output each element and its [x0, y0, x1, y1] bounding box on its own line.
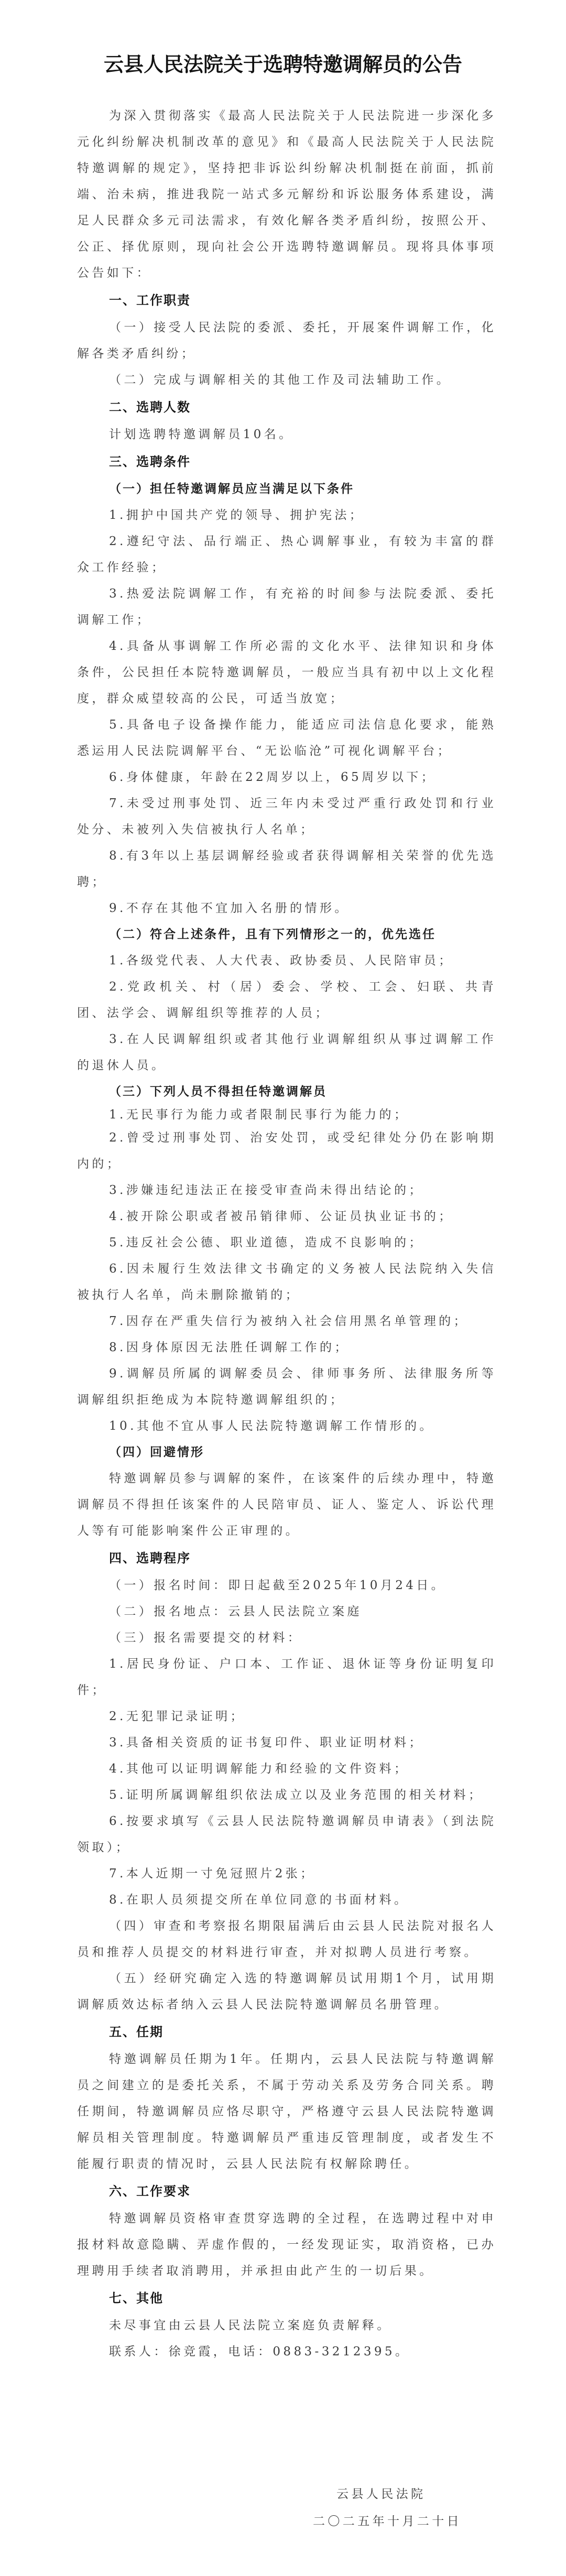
section-heading-quota: 二、选聘人数	[77, 393, 496, 421]
priority-item: 1.各级党代表、人大代表、政协委员、人民陪审员；	[77, 948, 496, 974]
quota-text: 计划选聘特邀调解员10名。	[77, 421, 496, 448]
contact-text: 联系人：徐竞霞，电话：0883-3212395。	[77, 2339, 496, 2365]
requirement-item: 9.不存在其他不宜加入名册的情形。	[77, 895, 496, 921]
procedure-item: （四）审查和考察报名期限届满后由云县人民法院对报名人员和推荐人员提交的材料进行审…	[77, 1913, 496, 1965]
requirement-item: 8.有3年以上基层调解经验或者获得调解相关荣誉的优先选聘；	[77, 843, 496, 895]
material-item: 1.居民身份证、户口本、工作证、退休证等身份证明复印件；	[77, 1651, 496, 1703]
disqualification-item: 9.调解员所属的调解委员会、律师事务所、法律服务所等调解组织拒绝成为本院特邀调解…	[77, 1361, 496, 1413]
disqualification-item: 6.因未履行生效法律文书确定的义务被人民法院纳入失信被执行人名单，尚未删除撤销的…	[77, 1256, 496, 1308]
disqualification-item: 10.其他不宜从事人民法院特邀调解工作情形的。	[77, 1413, 496, 1439]
subsection-heading-recusal: （四）回避情形	[77, 1439, 496, 1465]
other-text: 未尽事宜由云县人民法院立案庭负责解释。	[77, 2312, 496, 2339]
subsection-heading-priority: （二）符合上述条件，且有下列情形之一的，优先选任	[77, 921, 496, 948]
term-text: 特邀调解员任期为1年。任期内，云县人民法院与特邀调解员之间建立的是委托关系，不属…	[77, 2046, 496, 2177]
duties-item-1: （一）接受人民法院的委派、委托，开展案件调解工作，化解各类矛盾纠纷；	[77, 314, 496, 367]
section-heading-conditions: 三、选聘条件	[77, 448, 496, 476]
material-item: 6.按要求填写《云县人民法院特邀调解员申请表》（到法院领取）；	[77, 1808, 496, 1861]
disqualification-item: 4.被开除公职或者被吊销律师、公证员执业证书的；	[77, 1203, 496, 1230]
section-heading-work-requirements: 六、工作要求	[77, 2177, 496, 2205]
disqualification-item: 8.因身体原因无法胜任调解工作的；	[77, 1334, 496, 1361]
requirement-item: 5.具备电子设备操作能力，能适应司法信息化要求，能熟悉运用人民法院调解平台、“无…	[77, 712, 496, 764]
document-body: 为深入贯彻落实《最高人民法院关于人民法院进一步深化多元化纠纷解决机制改革的意见》…	[77, 103, 496, 2365]
priority-item: 2.党政机关、村（居）委会、学校、工会、妇联、共青团、法学会、调解组织等推荐的人…	[77, 974, 496, 1026]
signature-organization: 云县人民法院	[336, 2481, 426, 2508]
procedure-item: （三）报名需要提交的材料：	[77, 1625, 496, 1651]
requirement-item: 6.身体健康，年龄在22周岁以上，65周岁以下；	[77, 764, 496, 790]
disqualification-item: 1.无民事行为能力或者限制民事行为能力的；	[77, 1105, 496, 1125]
disqualification-item: 7.因存在严重失信行为被纳入社会信用黑名单管理的；	[77, 1308, 496, 1334]
disqualification-item: 3.涉嫌违纪违法正在接受审查尚未得出结论的；	[77, 1177, 496, 1203]
procedure-item: （一）报名时间：即日起截至2025年10月24日。	[77, 1572, 496, 1599]
subsection-heading-requirements: （一）担任特邀调解员应当满足以下条件	[77, 476, 496, 502]
material-item: 7.本人近期一寸免冠照片2张；	[77, 1861, 496, 1887]
material-item: 2.无犯罪记录证明；	[77, 1703, 496, 1730]
signature-date: 二〇二五年十月二十日	[313, 2508, 462, 2535]
requirement-item: 4.具备从事调解工作所必需的文化水平、法律知识和身体条件，公民担任本院特邀调解员…	[77, 633, 496, 712]
section-heading-duties: 一、工作职责	[77, 286, 496, 314]
requirement-item: 7.未受过刑事处罚、近三年内未受过严重行政处罚和行业处分、未被列入失信被执行人名…	[77, 790, 496, 843]
document-title: 云县人民法院关于选聘特邀调解员的公告	[0, 48, 566, 77]
disqualification-item: 5.违反社会公德、职业道德，造成不良影响的；	[77, 1230, 496, 1256]
section-heading-term: 五、任期	[77, 2018, 496, 2046]
intro-paragraph: 为深入贯彻落实《最高人民法院关于人民法院进一步深化多元化纠纷解决机制改革的意见》…	[77, 103, 496, 286]
requirement-item: 1.拥护中国共产党的领导、拥护宪法；	[77, 502, 496, 528]
requirement-item: 3.热爱法院调解工作，有充裕的时间参与法院委派、委托调解工作；	[77, 581, 496, 633]
procedure-item: （二）报名地点：云县人民法院立案庭	[77, 1599, 496, 1625]
material-item: 5.证明所属调解组织依法成立以及业务范围的相关材料；	[77, 1782, 496, 1808]
priority-item: 3.在人民调解组织或者其他行业调解组织从事过调解工作的退休人员。	[77, 1026, 496, 1079]
requirement-item: 2.遵纪守法、品行端正、热心调解事业，有较为丰富的群众工作经验；	[77, 528, 496, 581]
material-item: 4.其他可以证明调解能力和经验的文件资料；	[77, 1756, 496, 1782]
disqualification-item: 2.曾受过刑事处罚、治安处罚，或受纪律处分仍在影响期内的；	[77, 1125, 496, 1177]
duties-item-2: （二）完成与调解相关的其他工作及司法辅助工作。	[77, 367, 496, 393]
subsection-heading-disqualifications: （三）下列人员不得担任特邀调解员	[77, 1079, 496, 1105]
section-heading-procedure: 四、选聘程序	[77, 1544, 496, 1572]
procedure-item: （五）经研究确定入选的特邀调解员试用期1个月，试用期调解质效达标者纳入云县人民法…	[77, 1965, 496, 2018]
work-requirements-text: 特邀调解员资格审查贯穿选聘的全过程，在选聘过程中对申报材料故意隐瞒、弄虚作假的，…	[77, 2205, 496, 2284]
announcement-page: 云县人民法院关于选聘特邀调解员的公告 为深入贯彻落实《最高人民法院关于人民法院进…	[0, 0, 566, 2576]
material-item: 3.具备相关资质的证书复印件、职业证明材料；	[77, 1730, 496, 1756]
section-heading-other: 七、其他	[77, 2284, 496, 2312]
recusal-text: 特邀调解员参与调解的案件，在该案件的后续办理中，特邀调解员不得担任该案件的人民陪…	[77, 1465, 496, 1544]
material-item: 8.在职人员须提交所在单位同意的书面材料。	[77, 1887, 496, 1913]
